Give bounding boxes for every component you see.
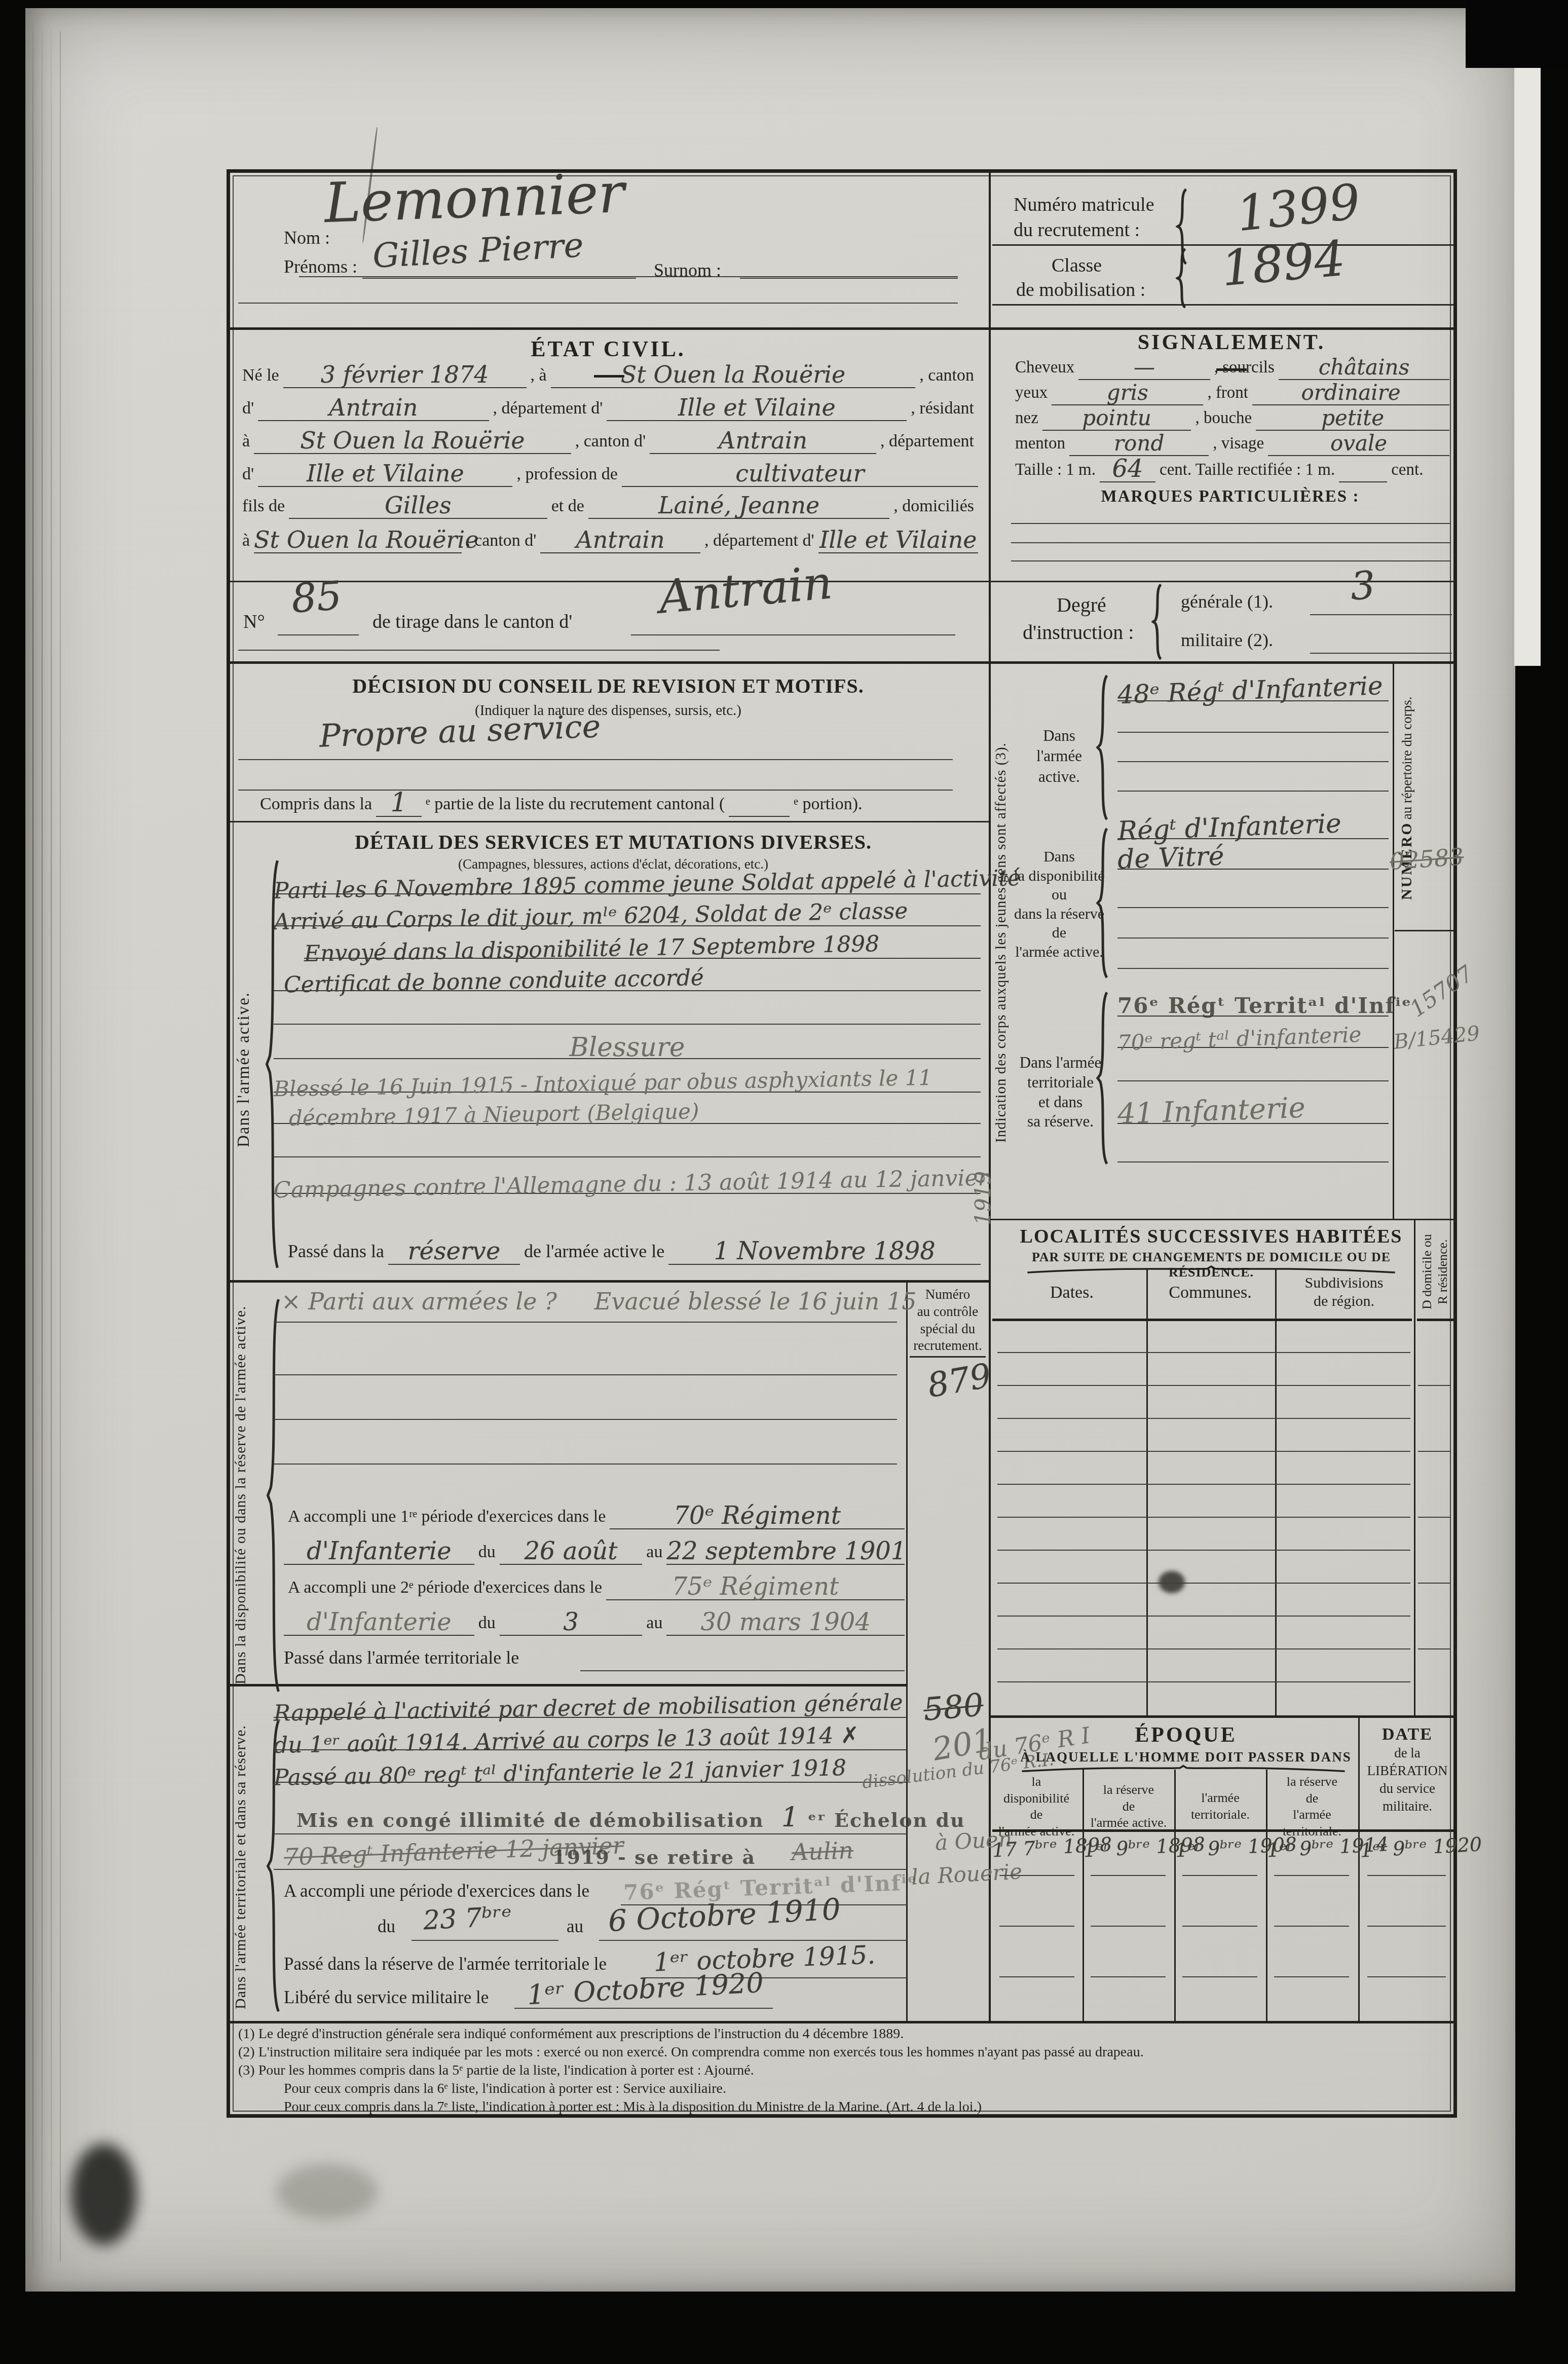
localites-dr-divider <box>1414 1220 1415 1715</box>
footnote-4: Pour ceux compris dans la 6ᵉ liste, l'in… <box>284 2081 1449 2097</box>
writing-line <box>278 634 359 635</box>
ne-le-label: Né le <box>238 366 283 385</box>
corps-terr-stamp: 76ᵉ Régᵗ Territᵃˡ d'Infⁱᵉ <box>1117 993 1412 1018</box>
corps-dispo-value-1: Régᵗ d'Infanterie <box>1117 810 1341 844</box>
nez-field: pointu <box>1042 407 1191 431</box>
section-brace <box>265 856 280 1272</box>
a-label: , à <box>527 366 551 385</box>
epoque-value-4: 1ᵉʳ 9ᵇʳᵉ 1914 <box>1266 1836 1357 1860</box>
residence-field: St Ouen la Rouërie <box>254 429 571 454</box>
classe-label-2: de mobilisation : <box>1016 279 1145 301</box>
signalement-row-taille: Taille : 1 m. 64 cent. Taille rectifiée … <box>1011 457 1449 482</box>
blessure-title: Blessure <box>569 1034 685 1061</box>
blank-row-line <box>1367 1926 1446 1927</box>
demobilisation-stamp-line: Mis en congé illimité de démobilisation … <box>296 1804 965 1831</box>
departement-value: Ille et Vilaine <box>678 396 836 419</box>
writing-line <box>1117 1161 1389 1162</box>
group-brace <box>1096 991 1109 1166</box>
fils-de-label: fils de <box>238 497 289 516</box>
periode-1-line-1: A accompli une 1ʳᵉ période d'exercices d… <box>284 1500 905 1529</box>
localites-col-communes: Communes. <box>1149 1283 1271 1302</box>
prenoms-label: Prénoms : <box>284 256 357 277</box>
infanterie-value: d'Infanterie <box>307 1539 452 1563</box>
epoque-col-divider <box>1266 1770 1267 2021</box>
epoque-header-rule <box>992 1829 1453 1832</box>
canton-value: Antrain <box>576 528 665 551</box>
taille-rectifiee-label: cent. Taille rectifiée : 1 m. <box>1155 461 1339 479</box>
value-underline <box>1091 1875 1166 1876</box>
canton-field: Antrain <box>258 396 489 421</box>
controle-special-label: Numéro au contrôle spécial du recrutemen… <box>910 1286 986 1355</box>
degre-label-2: d'instruction : <box>1023 620 1134 644</box>
canton-label: , canton d' <box>571 432 650 451</box>
corps-dispo-numero: 02583 <box>1389 845 1465 873</box>
localites-title: LOCALITÉS SUCCESSIVES HABITÉES <box>1009 1225 1414 1248</box>
table-row-line <box>997 1550 1410 1551</box>
dr-row-line <box>1418 1451 1451 1452</box>
writing-line <box>580 1670 905 1671</box>
paper-stain <box>276 2164 378 2220</box>
numero-column-divider <box>1393 663 1394 1219</box>
rappel-entry: Rappelé à l'activité par decret de mobil… <box>274 1687 907 1718</box>
writing-line <box>514 2008 773 2009</box>
writing-line <box>1011 523 1451 524</box>
writing-line <box>238 790 953 791</box>
a-label: à <box>238 432 254 451</box>
cheveux-value: — <box>1134 357 1155 378</box>
surnom-label: Surnom : <box>654 259 721 281</box>
etat-civil-line-4: d' Ille et Vilaine , profession de culti… <box>238 457 978 487</box>
etat-civil-line-3: à St Ouen la Rouërie , canton d' Antrain… <box>238 424 978 454</box>
infanterie-field: d'Infanterie <box>284 1610 474 1636</box>
page-stack-line <box>60 31 61 2261</box>
parti-aux-armees-line: × Parti aux armées le ? Evacué blessé le… <box>281 1290 917 1313</box>
blank-row-line <box>1274 1926 1349 1927</box>
margin-label-territoriale: Dans l'armée territoriale et dans sa rés… <box>232 1720 266 2014</box>
blank-row-line <box>1367 1976 1446 1977</box>
lieu-margin-2: la Rouerie <box>911 1861 1023 1888</box>
departement-label: , département d' <box>700 531 818 550</box>
marques-label: MARQUES PARTICULIÈRES : <box>1014 487 1447 506</box>
echelon-value: 1 <box>781 1802 799 1833</box>
facing-page-sliver <box>1514 12 1541 666</box>
matricule-value: 1399 <box>1235 177 1363 238</box>
epoque-col-divider <box>1174 1770 1176 2021</box>
writing-line <box>1011 542 1451 543</box>
detail-title: DÉTAIL DES SERVICES ET MUTATIONS DIVERSE… <box>264 830 963 854</box>
blessure-entry: décembre 1917 à Nieuport (Belgique) <box>274 1095 981 1124</box>
group-brace <box>1096 674 1109 821</box>
profession-field: cultivateur <box>622 462 978 487</box>
canton-value: Antrain <box>329 396 418 419</box>
writing-line <box>1117 732 1389 733</box>
date-value: 1 Novembre 1898 <box>714 1239 936 1263</box>
domicilies-label: , domiciliés <box>889 497 978 516</box>
nez-value: pointu <box>1082 407 1151 429</box>
page-stack-line <box>32 22 33 2267</box>
epoque-value-5: 1ᵉʳ 9ᵇʳᵉ 1920 <box>1360 1836 1453 1860</box>
writing-line <box>274 1322 897 1323</box>
section-brace <box>266 1295 281 1696</box>
corps-terr-entry: 41 Infanterie <box>1117 1089 1389 1124</box>
campagnes-entry: Campagnes contre l'Allemagne du : 13 aoû… <box>274 1160 981 1194</box>
parti-text: × Parti aux armées le ? <box>281 1288 557 1315</box>
writing-line <box>238 650 720 651</box>
writing-line <box>238 759 953 760</box>
divider-under-names <box>230 327 1455 330</box>
annotation-column-divider <box>906 1280 908 2021</box>
compris-label: Compris dans la <box>256 795 376 814</box>
blank-row-line <box>1182 1976 1257 1977</box>
footnote-1: (1) Le degré d'instruction générale sera… <box>238 2026 1449 2042</box>
tirage-text: de tirage dans le canton d' <box>372 611 572 633</box>
brace <box>1176 248 1187 308</box>
bouche-field: petite <box>1256 407 1449 431</box>
compris-line: Compris dans la 1 ᵉ partie de la liste d… <box>256 792 930 817</box>
dr-row-line <box>1418 1517 1451 1518</box>
de-label: d' <box>238 465 258 484</box>
classe-value: 1894 <box>1219 234 1347 293</box>
portion-label: ᵉ portion). <box>790 795 866 814</box>
departement-field: Ille et Vilaine <box>818 528 978 553</box>
decision-title: DÉCISION DU CONSEIL DE REVISION ET MOTIF… <box>264 674 953 698</box>
front-field: ordinaire <box>1252 382 1449 405</box>
canton-field: Antrain <box>540 528 700 553</box>
value-underline <box>1274 1875 1349 1876</box>
corps-dispo-entry: de Vitré <box>1117 840 1389 870</box>
blessure-entry: Blessé le 16 Juin 1915 - Intoxiqué par o… <box>274 1063 981 1093</box>
writing-line <box>274 1419 897 1420</box>
de-label: d' <box>238 399 258 418</box>
birth-date-field: 3 février 1874 <box>283 363 527 388</box>
page-stack-line <box>42 25 43 2265</box>
numero-tirage-label: N° <box>243 611 265 633</box>
corps-terr-entry: 70ᵉ regᵗ tᵃˡ d'infanterie <box>1117 1019 1389 1048</box>
table-row-line <box>997 1517 1410 1518</box>
a-label: à <box>238 531 254 550</box>
service-entry: Arrivé au Corps le dit jour, mˡᵉ 6204, S… <box>274 896 981 926</box>
libere-label: Libéré du service militaire le <box>284 1987 489 2008</box>
degre-generale-value: 3 <box>1350 566 1376 606</box>
yeux-label: yeux <box>1011 384 1052 402</box>
birth-place-field: St Ouen la Rouërie <box>551 363 916 388</box>
epoque-col3-header: l'armée territoriale. <box>1176 1790 1264 1823</box>
regiment-value: 70ᵉ Régiment <box>674 1504 841 1528</box>
date-fin-value: 22 septembre 1901 <box>666 1539 906 1563</box>
writing-line <box>412 1940 558 1941</box>
compris-label-2: ᵉ partie de la liste du recrutement cant… <box>422 795 729 814</box>
footnote-5: Pour ceux compris dans la 7ᵉ liste, l'in… <box>284 2099 1449 2115</box>
taille-value: 64 <box>1112 457 1143 481</box>
blank-row-line <box>1091 1926 1166 1927</box>
date-header-line1: DATE <box>1364 1725 1450 1744</box>
nom-value: Lemonnier <box>323 166 625 232</box>
periode-1-label: A accompli une 1ʳᵉ période d'exercices d… <box>284 1507 610 1526</box>
writing-line <box>1117 1080 1389 1081</box>
horizontal-brace <box>1019 1765 1348 1773</box>
regiment-field: 75ᵉ Régiment <box>606 1574 905 1600</box>
cell-divider <box>992 304 1453 306</box>
rappel-entry: du 1ᵉʳ août 1914. Arrivé au corps le 13 … <box>274 1720 907 1750</box>
table-row-line <box>997 1681 1410 1682</box>
writing-line <box>631 634 955 635</box>
nez-label: nez <box>1011 409 1042 428</box>
departement-value: Ille et Vilaine <box>819 528 977 551</box>
evacue-text: Evacué blessé le 16 juin 15 <box>594 1288 917 1315</box>
sourcils-value: châtains <box>1319 357 1410 378</box>
echelon-stamp-text: ᵉʳ Échelon du <box>808 1809 965 1831</box>
date-fin-field: 22 septembre 1901 <box>666 1539 905 1565</box>
domicile-field: St Ouen la Rouërie <box>254 528 462 553</box>
divider-above-footnotes <box>230 2021 1455 2023</box>
date-debut-field: 3 <box>500 1610 643 1636</box>
menton-value: rond <box>1114 433 1164 454</box>
table-row-line <box>997 1385 1410 1386</box>
service-entry: Envoyé dans la disponibilité le 17 Septe… <box>304 928 981 959</box>
corps-terr-label: Dans l'armée territoriale et dans sa rés… <box>1016 1053 1105 1132</box>
localites-dr-label: D domicile ou R résidence. <box>1419 1226 1452 1318</box>
et-de-label: et de <box>547 497 588 516</box>
departement-field: Ille et Vilaine <box>258 462 512 487</box>
taille-field: 64 <box>1100 457 1155 482</box>
etat-civil-line-1: Né le 3 février 1874 , à St Ouen la Rouë… <box>238 358 978 388</box>
service-entry: Certificat de bonne conduite accordé <box>274 961 981 991</box>
blank-row-line <box>1182 1926 1257 1927</box>
compris-field: 1 <box>376 790 422 817</box>
cheveux-field: — <box>1078 357 1210 380</box>
divider-under-etat-civil <box>230 581 1455 582</box>
pere-value: Gilles <box>385 494 452 517</box>
se-retire-stamp: 1919 - se retire à <box>552 1846 756 1868</box>
mere-field: Lainé, Jeanne <box>588 494 890 519</box>
corps-dispo-entry: Régᵗ d'Infanterie <box>1117 810 1389 839</box>
passe-reserve-territoriale-label: Passé dans la réserve de l'armée territo… <box>284 1954 607 1974</box>
localites-header-rule <box>992 1319 1412 1321</box>
writing-line <box>274 1374 897 1375</box>
epoque-value-2: 1ᵉʳ 9ᵇʳᵉ 1898 <box>1083 1836 1173 1860</box>
au-label: au <box>567 1917 583 1937</box>
degre-generale-label: générale (1). <box>1181 591 1273 612</box>
writing-line <box>1117 791 1389 792</box>
lieu-retraite-struck: Aulin <box>791 1838 853 1864</box>
nom-label: Nom : <box>284 227 330 248</box>
group-brace <box>1096 827 1109 979</box>
writing-line <box>1117 968 1389 969</box>
visage-label: , visage <box>1209 434 1268 453</box>
writing-line <box>274 1024 981 1025</box>
portion-field <box>729 816 790 817</box>
yeux-value: gris <box>1107 382 1148 403</box>
epoque-value-3: 1ᵉʳ 9ᵇʳᵉ 1908 <box>1175 1836 1265 1860</box>
passe-label: Passé dans la <box>284 1241 388 1262</box>
matricule-label: Numéro matricule <box>1014 194 1154 216</box>
corps-side-label: Indication des corps auxquels les jeunes… <box>992 674 1010 1211</box>
numero-repertoire-label: NUMÉRO au répertoire du corps. <box>1398 674 1450 922</box>
writing-line <box>1117 907 1389 908</box>
front-label: , front <box>1203 384 1252 402</box>
signalement-row-nez: nez pointu , bouche petite <box>1011 406 1449 431</box>
bouche-value: petite <box>1321 407 1384 429</box>
numero-tirage-value: 85 <box>290 576 343 619</box>
controle-rule <box>910 1356 986 1358</box>
dr-row-line <box>1418 1583 1451 1584</box>
cheveux-label: Cheveux <box>1011 358 1078 377</box>
front-value: ordinaire <box>1301 382 1400 403</box>
epoque-date-header: DATE de la LIBÉRATION du service militai… <box>1364 1725 1450 1815</box>
au-label: au <box>642 1613 666 1633</box>
scanned-military-register-page: { "header": { "nom_label": "Nom :", "nom… <box>0 0 1568 2364</box>
birth-date-value: 3 février 1874 <box>321 363 489 386</box>
date-field: 1 Novembre 1898 <box>668 1239 981 1265</box>
domicile-value: St Ouen la Rouërie <box>254 528 478 551</box>
etat-civil-line-6: à St Ouen la Rouërie , canton d' Antrain… <box>238 523 978 553</box>
divider-under-tirage <box>230 661 1455 664</box>
divider-above-localites <box>989 1219 1455 1220</box>
demob-stamp-text: Mis en congé illimité de démobilisation <box>296 1809 764 1831</box>
departement-label: , département d' <box>489 399 607 418</box>
taille-rectifiee-field <box>1339 481 1387 482</box>
writing-line <box>274 1464 897 1465</box>
profession-label: , profession de <box>512 465 621 484</box>
menton-field: rond <box>1069 433 1209 456</box>
writing-line <box>299 276 958 277</box>
decision-value: Propre au service <box>319 710 601 752</box>
cent-label: cent. <box>1387 461 1427 479</box>
writing-line <box>274 1156 981 1157</box>
regiment-field: 70ᵉ Régiment <box>610 1504 905 1529</box>
corps-dispo-value-2: de Vitré <box>1117 843 1224 873</box>
divider-above-territorial <box>230 1684 906 1686</box>
passe-value: réserve <box>408 1239 501 1263</box>
departement-label: , département <box>876 432 978 451</box>
regiment-value: 75ᵉ Régiment <box>672 1574 839 1599</box>
taille-label: Taille : 1 m. <box>1011 461 1100 479</box>
sourcils-field: châtains <box>1279 357 1449 380</box>
passe-field: réserve <box>388 1239 520 1265</box>
signalement-title: SIGNALEMENT. <box>1039 330 1424 355</box>
residence-value: St Ouen la Rouërie <box>300 429 525 452</box>
brace <box>1151 584 1163 660</box>
bouche-label: , bouche <box>1191 409 1256 428</box>
divider-under-reserve-transfer <box>230 1280 989 1283</box>
table-row-line <box>997 1484 1410 1485</box>
yeux-field: gris <box>1052 382 1203 405</box>
table-row-line <box>997 1418 1410 1419</box>
table-row-line <box>997 1352 1410 1353</box>
passe-reserve-line: Passé dans la réserve de l'armée active … <box>284 1235 981 1265</box>
signalement-row-yeux: yeux gris , front ordinaire <box>1011 381 1449 405</box>
canton-field: Antrain <box>650 429 876 454</box>
table-row-line <box>997 1583 1410 1584</box>
writing-line <box>362 278 636 279</box>
profession-value: cultivateur <box>735 462 864 485</box>
corner-mask <box>1466 0 1568 68</box>
margin-number-struck: 580 <box>922 1689 985 1725</box>
etat-civil-line-2: d' Antrain , département d' Ille et Vila… <box>238 391 978 421</box>
signalement-row-cheveux: Cheveux — , sourcils châtains <box>1011 355 1449 380</box>
writing-line <box>1117 937 1389 939</box>
writing-line <box>1310 653 1452 654</box>
writing-line <box>1011 560 1451 561</box>
footnote-3: (3) Pour les hommes compris dans la 5ᵉ p… <box>238 2062 1449 2079</box>
compris-value: 1 <box>390 790 407 816</box>
blessure-heading: Blessure <box>274 1030 981 1059</box>
localites-col-subdivisions: Subdivisions de région. <box>1278 1274 1410 1310</box>
etat-civil-line-5: fils de Gilles et de Lainé, Jeanne , dom… <box>238 489 978 519</box>
numero-tick <box>1395 930 1453 931</box>
au-label: au <box>642 1543 666 1562</box>
date-fin-field: 30 mars 1904 <box>666 1610 905 1636</box>
periode-2-line-2: d'Infanterie du 3 au 30 mars 1904 <box>284 1606 905 1636</box>
service-entry: Parti les 6 Novembre 1895 comme jeune So… <box>274 864 981 894</box>
writing-line <box>238 303 958 304</box>
divider-under-decision <box>230 821 989 822</box>
writing-line <box>1117 761 1389 762</box>
visage-value: ovale <box>1330 433 1387 454</box>
du-label: du <box>474 1543 500 1562</box>
blank-row-line <box>1091 1976 1166 1977</box>
blank-row-line <box>999 1976 1074 1977</box>
divider-above-epoque <box>989 1715 1455 1718</box>
menton-label: menton <box>1011 434 1069 453</box>
value-underline <box>1367 1875 1446 1876</box>
value-underline <box>1182 1875 1257 1876</box>
epoque-col-divider <box>1082 1770 1084 2021</box>
periode-2-label: A accompli une 2ᵉ période d'exercices da… <box>284 1578 606 1597</box>
date-header-rest: de la LIBÉRATION du service militaire. <box>1364 1744 1450 1815</box>
epoque-date-divider <box>1358 1717 1360 2021</box>
armee-active-label: de l'armée active le <box>520 1241 668 1262</box>
classe-label: Classe <box>1052 254 1102 277</box>
blank-row-line <box>999 1926 1074 1927</box>
corps-active-entry: 48ᵉ Régᵗ d'Infanterie <box>1117 672 1389 701</box>
mutation-entry: Passé au 80ᵉ regᵗ tᵃˡ d'infanterie le 21… <box>274 1752 907 1783</box>
corps-dispo-label: Dans la disponibilité ou dans la réserve… <box>1014 847 1105 961</box>
writing-line <box>740 278 958 279</box>
corps-terr-value-3: 41 Infanterie <box>1117 1094 1306 1129</box>
blank-row-line <box>1274 1976 1349 1977</box>
localites-header-rule <box>1417 1319 1453 1321</box>
margin-label-armee-active: Dans l'armée active. <box>234 892 254 1247</box>
signalement-row-menton: menton rond , visage ovale <box>1011 432 1449 456</box>
periode-1-line-2: d'Infanterie du 26 août au 22 septembre … <box>284 1535 905 1565</box>
birth-place-value: St Ouen la Rouërie <box>621 363 845 386</box>
date-debut-value: 26 août <box>524 1539 617 1563</box>
writing-line <box>274 1869 907 1870</box>
date-debut-field: 26 août <box>500 1539 643 1565</box>
date-debut-value: 3 <box>563 1610 579 1634</box>
departement-value: Ille et Vilaine <box>307 462 464 485</box>
periode-2-line-1: A accompli une 2ᵉ période d'exercices da… <box>284 1571 905 1600</box>
table-row-line <box>997 1648 1410 1649</box>
edge-smudge <box>71 2144 137 2245</box>
degre-label: Degré <box>1057 593 1106 617</box>
horizontal-brace <box>1024 1265 1399 1274</box>
canton-label: , canton <box>915 366 978 385</box>
footnote-2: (2) L'instruction militaire sera indiqué… <box>238 2044 1449 2060</box>
date-fin-value: 30 mars 1904 <box>700 1610 870 1634</box>
margin-label-disponibilite: Dans la disponibilité ou dans la réserve… <box>232 1302 266 1687</box>
canton-value: Antrain <box>719 429 807 452</box>
periode-debut-value: 23 7ᵇʳᵉ <box>423 1903 512 1934</box>
degre-militaire-label: militaire (2). <box>1181 629 1273 651</box>
departement-field: Ille et Vilaine <box>607 396 907 421</box>
accompli-periode-label: A accompli une période d'exercices dans … <box>284 1881 589 1901</box>
localites-col-dates: Dates. <box>1001 1283 1143 1302</box>
numero-label-line2: au répertoire du corps. <box>1399 696 1414 819</box>
page-stack-line <box>51 28 52 2263</box>
dr-row-line <box>1418 1385 1451 1386</box>
